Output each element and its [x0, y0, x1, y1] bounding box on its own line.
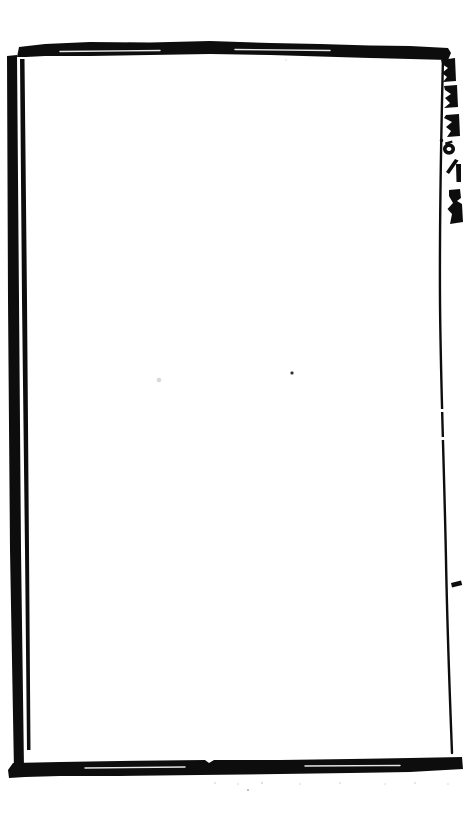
character-fragment-bar	[456, 164, 461, 182]
paper-background	[0, 0, 468, 824]
character-fragment-ring-hole	[447, 147, 452, 151]
speckle	[339, 782, 341, 784]
page-scan-artwork	[0, 0, 468, 824]
scanned-page	[0, 0, 468, 824]
speckle	[261, 782, 263, 784]
top-rule-ink-break	[235, 50, 330, 51]
speckle	[237, 783, 239, 785]
speckle	[384, 783, 386, 785]
ink-speck-faint	[285, 59, 287, 61]
rule-gap	[438, 409, 444, 412]
speckle	[299, 783, 301, 785]
top-rule-ink-break	[60, 51, 160, 52]
ink-speck-faint	[157, 378, 162, 383]
scan-noise-dot	[247, 789, 249, 791]
rule-gap	[439, 437, 445, 440]
speckle	[414, 782, 416, 784]
bottom-rule-ink-break	[305, 766, 400, 767]
character-fragment-dot	[440, 139, 443, 142]
speckle	[214, 782, 216, 784]
speckle	[447, 783, 449, 785]
bottom-rule-ink-break	[85, 767, 185, 768]
ink-speck-dark	[291, 372, 294, 375]
